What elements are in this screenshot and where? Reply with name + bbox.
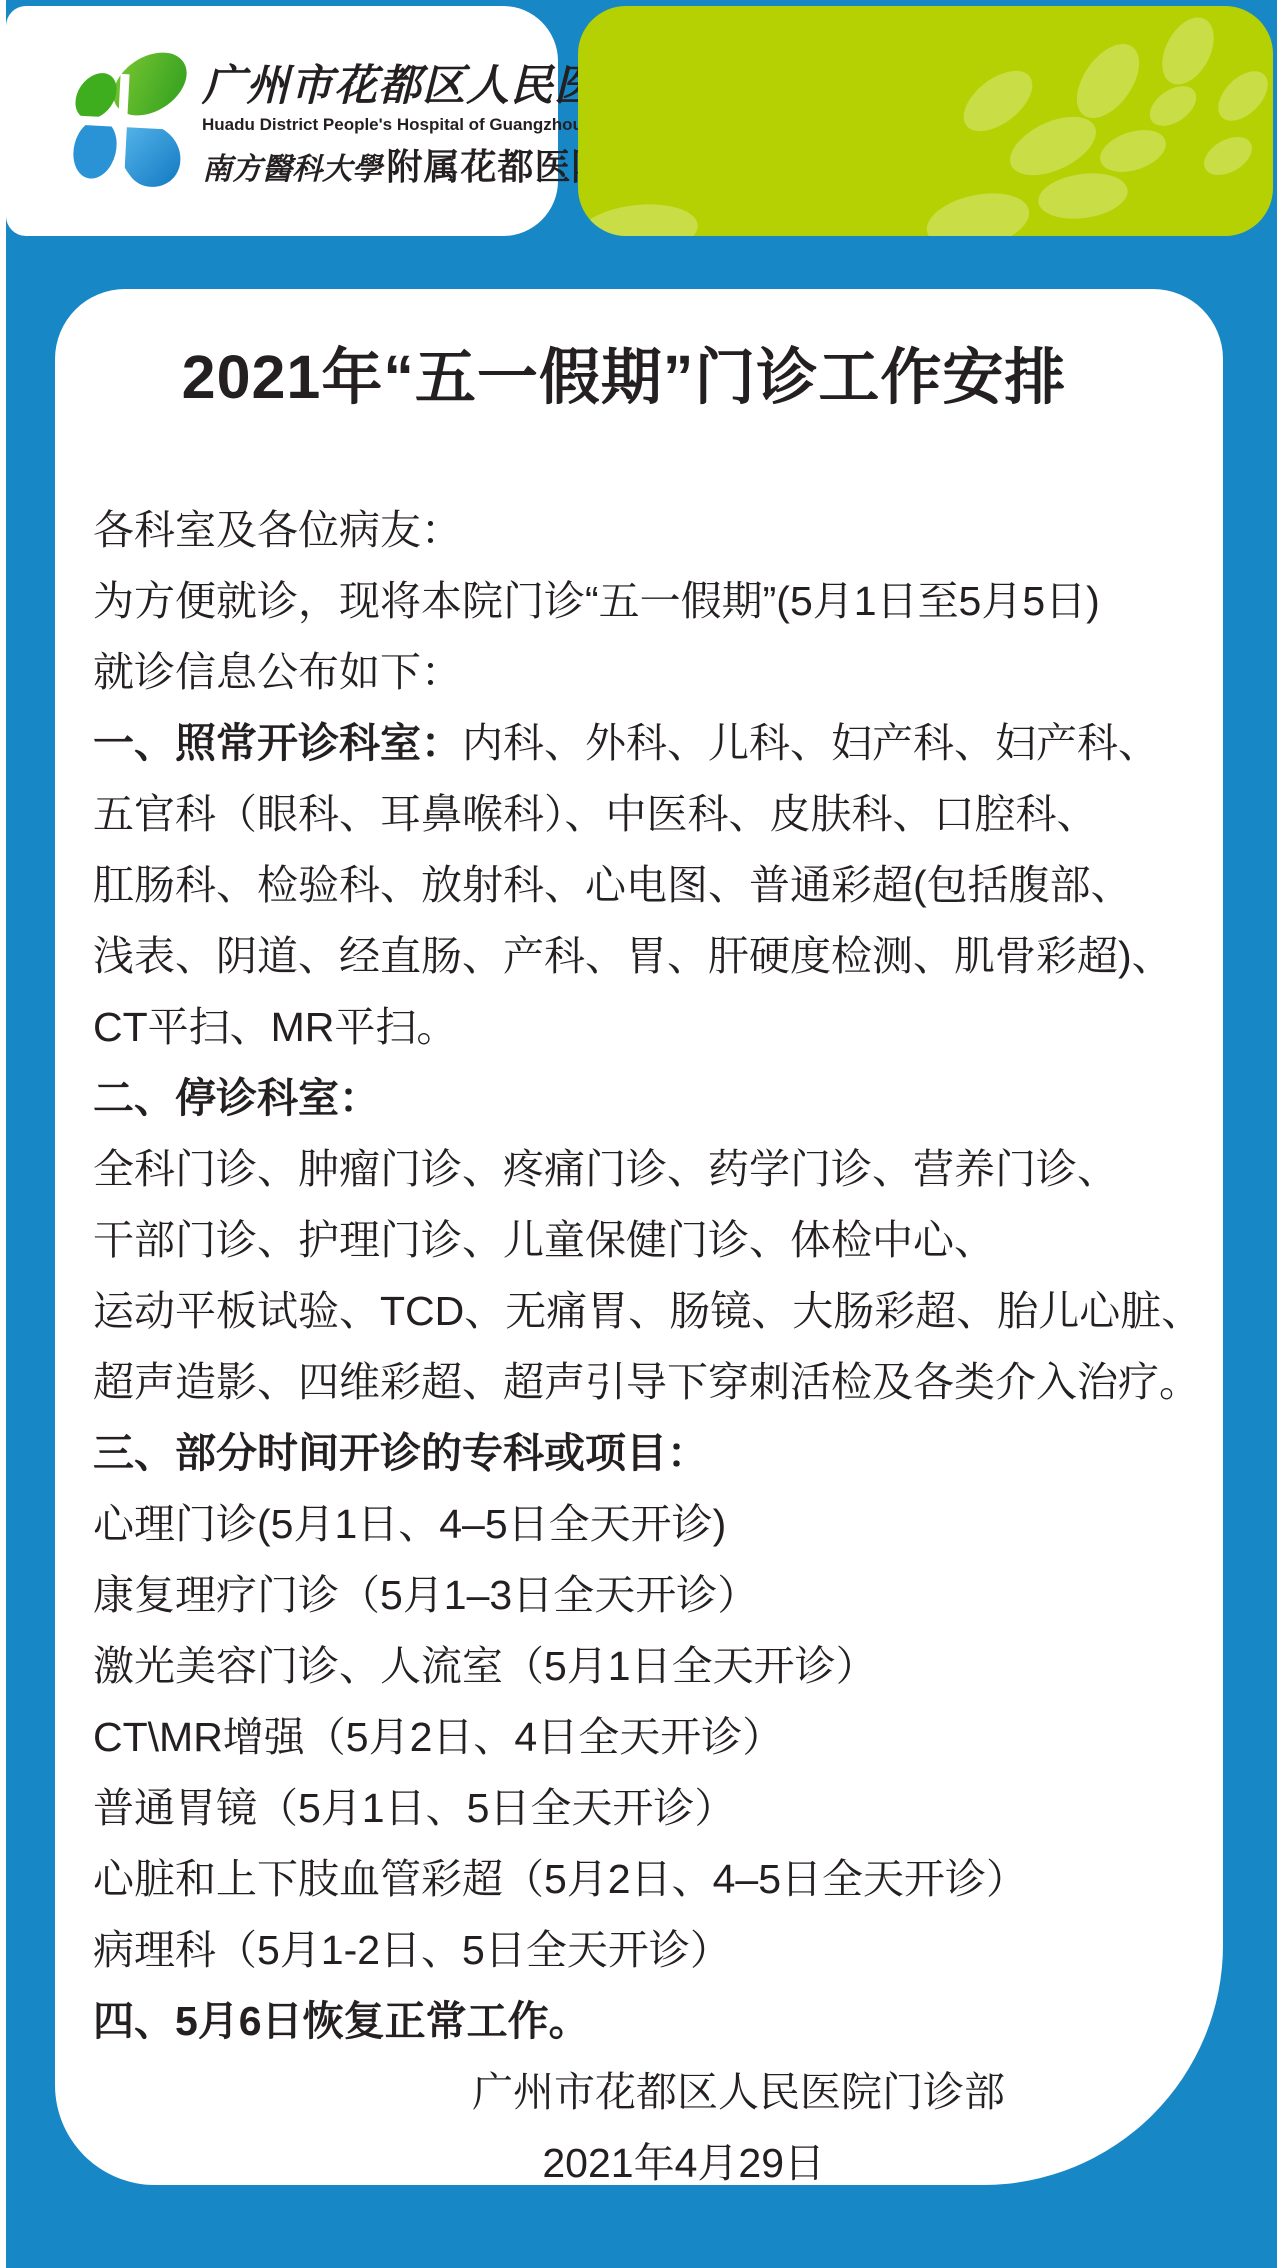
university-name-script: 南方醫科大學 <box>202 153 382 186</box>
notice-line: 病理科（5月1-2日、5日全天开诊） <box>93 1915 1155 1986</box>
hospital-affiliation: 南方醫科大學 附属花都医院 <box>202 139 572 190</box>
notice-line: 肛肠科、检验科、放射科、心电图、普通彩超(包括腹部、 <box>93 850 1155 921</box>
notice-line: CT\MR增强（5月2日、4日全天开诊） <box>93 1702 1155 1773</box>
notice-line: 四、5月6日恢复正常工作。 <box>93 1986 1155 2057</box>
notice-line: 为方便就诊，现将本院门诊“五一假期”(5月1日至5月5日) <box>93 566 1155 637</box>
notice-line: 干部门诊、护理门诊、儿童保健门诊、体检中心、 <box>93 1205 1155 1276</box>
affiliated-hospital-name: 附属花都医院 <box>386 146 608 187</box>
notice-line: 五官科（眼科、耳鼻喉科）、中医科、皮肤科、口腔科、 <box>93 779 1155 850</box>
notice-line: 就诊信息公布如下： <box>93 637 1155 708</box>
notice-line: 超声造影、四维彩超、超声引导下穿刺活检及各类介入治疗。 <box>93 1347 1155 1418</box>
notice-line: 三、部分时间开诊的专科或项目： <box>93 1418 1155 1489</box>
notice-body: 各科室及各位病友： 为方便就诊，现将本院门诊“五一假期”(5月1日至5月5日)就… <box>93 495 1155 2057</box>
hospital-name-cn: 广州市花都区人民医院 <box>202 52 572 113</box>
notice-line: 全科门诊、肿瘤门诊、疼痛门诊、药学门诊、营养门诊、 <box>93 1134 1155 1205</box>
signature-line: 广州市花都区人民医院门诊部 <box>93 2057 1155 2128</box>
notice-line: CT平扫、MR平扫。 <box>93 992 1155 1063</box>
hospital-names: 广州市花都区人民医院 Huadu District People's Hospi… <box>202 52 572 190</box>
date-line: 2021年4月29日 <box>93 2128 1155 2199</box>
notice-line: 二、停诊科室： <box>93 1063 1155 1134</box>
hospital-flower-logo-icon <box>62 46 192 196</box>
notice-card: 2021年“五一假期”门诊工作安排 各科室及各位病友： 为方便就诊，现将本院门诊… <box>55 289 1223 2185</box>
green-banner <box>578 6 1273 236</box>
notice-line: 各科室及各位病友： <box>93 495 1155 566</box>
hospital-name-en: Huadu District People's Hospital of Guan… <box>202 115 572 135</box>
notice-line: 一、照常开诊科室：内科、外科、儿科、妇产科、妇产科、 <box>93 708 1155 779</box>
notice-line: 心脏和上下肢血管彩超（5月2日、4–5日全天开诊） <box>93 1844 1155 1915</box>
notice-line: 康复理疗门诊（5月1–3日全天开诊） <box>93 1560 1155 1631</box>
left-edge-strip <box>0 0 6 2268</box>
hospital-header: 广州市花都区人民医院 Huadu District People's Hospi… <box>6 6 558 236</box>
notice-line: 普通胃镜（5月1日、5日全天开诊） <box>93 1773 1155 1844</box>
leaf-decoration-icon <box>578 6 1273 236</box>
notice-line: 激光美容门诊、人流室（5月1日全天开诊） <box>93 1631 1155 1702</box>
notice-line: 心理门诊(5月1日、4–5日全天开诊) <box>93 1489 1155 1560</box>
notice-line: 运动平板试验、TCD、无痛胃、肠镜、大肠彩超、胎儿心脏、 <box>93 1276 1155 1347</box>
poster: 广州市花都区人民医院 Huadu District People's Hospi… <box>0 0 1277 2268</box>
notice-line: 浅表、阴道、经直肠、产科、胃、肝硬度检测、肌骨彩超)、 <box>93 921 1155 992</box>
notice-title: 2021年“五一假期”门诊工作安排 <box>93 337 1155 417</box>
